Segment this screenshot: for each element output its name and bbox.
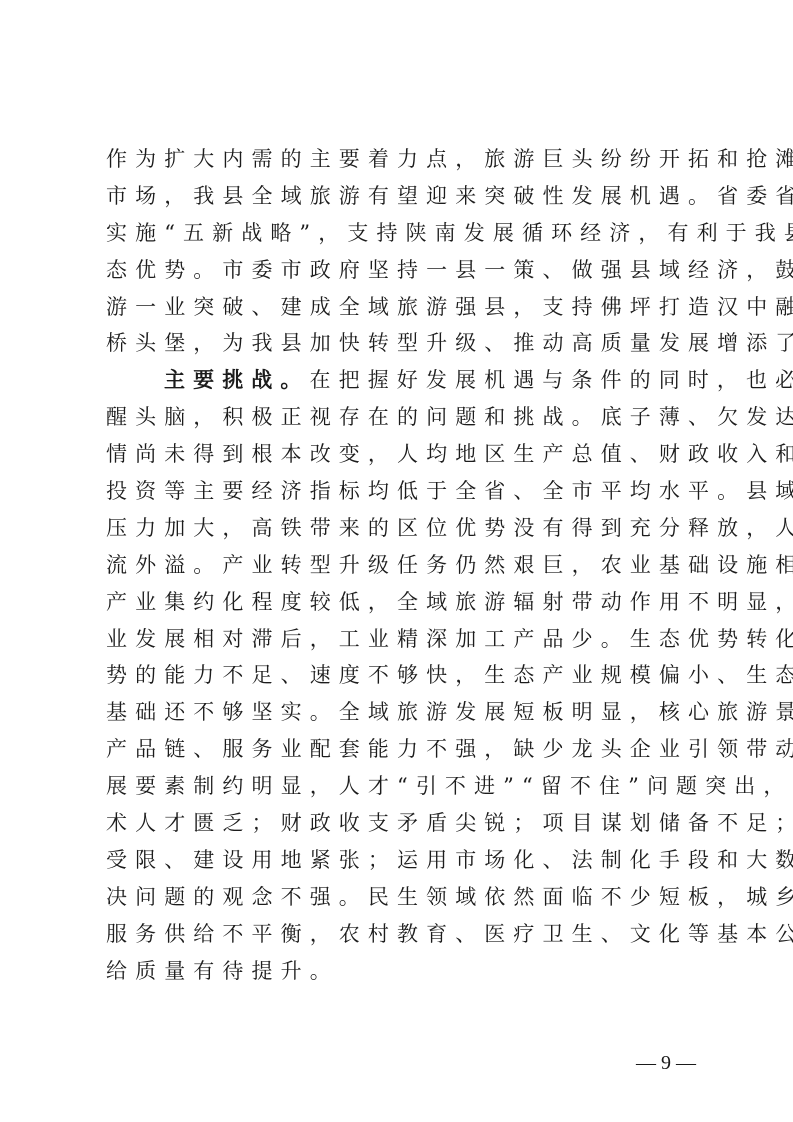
text-line: 产品链、服务业配套能力不强，缺少龙头企业引领带动。关键发 [106, 731, 696, 768]
text-line: 业发展相对滞后，工业精深加工产品少。生态优势转化为经济优 [106, 621, 696, 658]
page-number: — 9 — [636, 1052, 696, 1075]
text-line: 压力加大，高铁带来的区位优势没有得到充分释放，人流、消费 [106, 510, 696, 547]
text-line: 产业集约化程度较低，全域旅游辐射带动作用不明显，现代服务 [106, 584, 696, 621]
text-line: 实施“五新战略”，支持陕南发展循环经济，有利于我县发挥生 [106, 215, 696, 252]
text-line: 醒头脑，积极正视存在的问题和挑战。底子薄、欠发达的基本县 [106, 399, 696, 436]
text-line: 基础还不够坚实。全域旅游发展短板明显，核心旅游景区、旅游 [106, 694, 696, 731]
body-text: 作为扩大内需的主要着力点，旅游巨头纷纷开拓和抢滩国内旅游 市场，我县全域旅游有望… [106, 141, 696, 989]
text-line: 势的能力不足、速度不够快，生态产业规模偏小、生态经济发展 [106, 657, 696, 694]
text-line-rest: 在把握好发展机遇与条件的同时，也必须保持清 [310, 368, 793, 392]
section-heading-challenges: 主要挑战。 [164, 368, 310, 392]
text-line: 术人才匮乏；财政收支矛盾尖锐；项目谋划储备不足；发展空间 [106, 805, 696, 842]
text-line: 流外溢。产业转型升级任务仍然艰巨，农业基础设施相对薄弱、 [106, 547, 696, 584]
text-line: 游一业突破、建成全域旅游强县，支持佛坪打造汉中融入大西安 [106, 289, 696, 326]
text-line: 作为扩大内需的主要着力点，旅游巨头纷纷开拓和抢滩国内旅游 [106, 141, 696, 178]
text-line: 情尚未得到根本改变，人均地区生产总值、财政收入和固定资产 [106, 436, 696, 473]
challenges-first-line: 主要挑战。在把握好发展机遇与条件的同时，也必须保持清 [106, 362, 696, 399]
text-line: 决问题的观念不强。民生领域依然面临不少短板，城乡基本公共 [106, 879, 696, 916]
text-line: 投资等主要经济指标均低于全省、全市平均水平。县域经济下行 [106, 473, 696, 510]
text-line: 桥头堡，为我县加快转型升级、推动高质量发展增添了有利因素。 [106, 325, 696, 362]
text-line: 展要素制约明显，人才“引不进”“留不住”问题突出，专业技 [106, 768, 696, 805]
text-line: 给质量有待提升。 [106, 953, 696, 990]
document-page: 作为扩大内需的主要着力点，旅游巨头纷纷开拓和抢滩国内旅游 市场，我县全域旅游有望… [0, 0, 793, 1122]
text-line: 服务供给不平衡，农村教育、医疗卫生、文化等基本公共服务供 [106, 916, 696, 953]
text-line: 态优势。市委市政府坚持一县一策、做强县域经济，鼓励佛坪旅 [106, 252, 696, 289]
text-line: 市场，我县全域旅游有望迎来突破性发展机遇。省委省政府深入 [106, 178, 696, 215]
text-line: 受限、建设用地紧张；运用市场化、法制化手段和大数据技术解 [106, 842, 696, 879]
